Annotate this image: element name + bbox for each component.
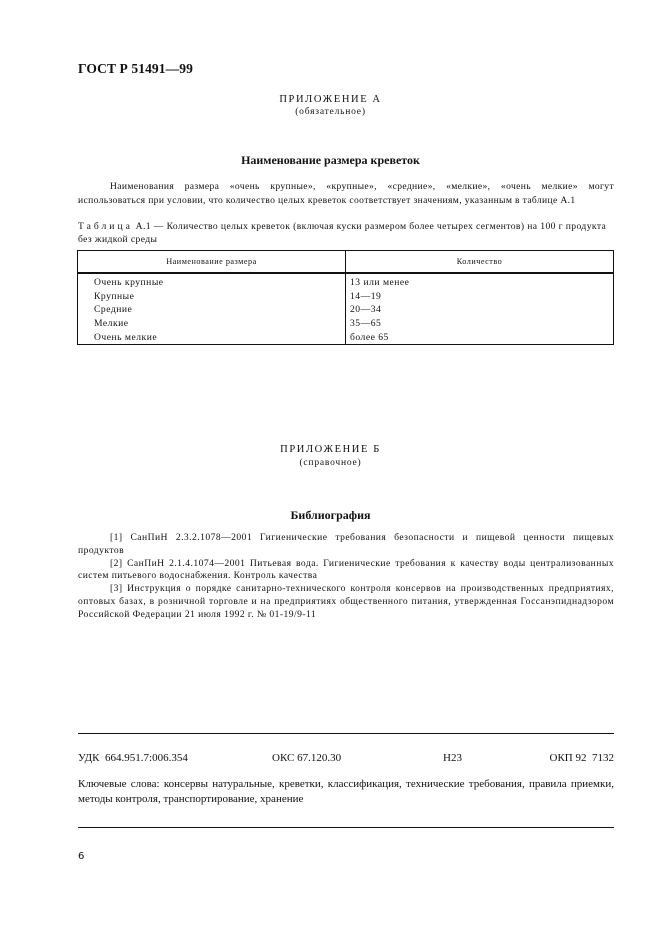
footer-bottom-rule bbox=[78, 827, 614, 828]
column-header-quantity: Количество bbox=[346, 251, 614, 274]
size-name-cell: Средние bbox=[78, 303, 346, 317]
group-code: Н23 bbox=[443, 752, 542, 764]
table-caption-text: А.1 — Количество целых креветок (включая… bbox=[78, 221, 606, 245]
classification-codes: УДК 664.951.7:006.354 ОКС 67.120.30 Н23 … bbox=[78, 752, 614, 764]
bibliography-list: [1] СанПиН 2.3.2.1078—2001 Гигиенические… bbox=[78, 532, 614, 622]
appendix-a-status: (обязательное) bbox=[0, 107, 661, 117]
table-caption: Таблица А.1 — Количество целых креветок … bbox=[78, 220, 614, 246]
appendix-b-section-title: Библиография bbox=[0, 508, 661, 523]
keywords: Ключевые слова: консервы натуральные, кр… bbox=[78, 777, 614, 807]
table-header-row: Наименование размера Количество bbox=[78, 251, 614, 274]
bibliography-item: [3] Инструкция о порядке санитарно-техни… bbox=[78, 583, 614, 621]
table-row: Очень мелкие более 65 bbox=[78, 330, 614, 344]
quantity-cell: более 65 bbox=[346, 330, 614, 344]
okp-code: ОКП 92 7132 bbox=[542, 752, 614, 764]
footer-top-rule bbox=[78, 733, 614, 734]
appendix-b-status: (справочное) bbox=[0, 458, 661, 468]
appendix-a-section-title: Наименование размера креветок bbox=[0, 153, 661, 168]
size-name-cell: Мелкие bbox=[78, 317, 346, 331]
table-row: Средние 20—34 bbox=[78, 303, 614, 317]
shrimp-size-table: Наименование размера Количество Очень кр… bbox=[77, 250, 614, 345]
quantity-cell: 13 или менее bbox=[346, 273, 614, 290]
document-code: ГОСТ Р 51491—99 bbox=[78, 61, 193, 77]
appendix-b-title: ПРИЛОЖЕНИЕ Б bbox=[0, 444, 661, 455]
quantity-cell: 20—34 bbox=[346, 303, 614, 317]
table-row: Очень крупные 13 или менее bbox=[78, 273, 614, 290]
quantity-cell: 35—65 bbox=[346, 317, 614, 331]
table-row: Крупные 14—19 bbox=[78, 290, 614, 304]
size-name-cell: Очень крупные bbox=[78, 273, 346, 290]
page-number: 6 bbox=[78, 851, 84, 862]
table-row: Мелкие 35—65 bbox=[78, 317, 614, 331]
size-name-cell: Крупные bbox=[78, 290, 346, 304]
appendix-a-title: ПРИЛОЖЕНИЕ А bbox=[0, 94, 661, 105]
udk-code: УДК 664.951.7:006.354 bbox=[78, 752, 272, 764]
quantity-cell: 14—19 bbox=[346, 290, 614, 304]
oks-code: ОКС 67.120.30 bbox=[272, 752, 443, 764]
bibliography-item: [1] СанПиН 2.3.2.1078—2001 Гигиенические… bbox=[78, 532, 614, 558]
bibliography-item: [2] СанПиН 2.1.4.1074—2001 Питьевая вода… bbox=[78, 558, 614, 584]
size-name-cell: Очень мелкие bbox=[78, 330, 346, 344]
column-header-size-name: Наименование размера bbox=[78, 251, 346, 274]
table-caption-label: Таблица bbox=[78, 221, 133, 232]
appendix-a-paragraph: Наименования размера «очень крупные», «к… bbox=[78, 180, 614, 208]
